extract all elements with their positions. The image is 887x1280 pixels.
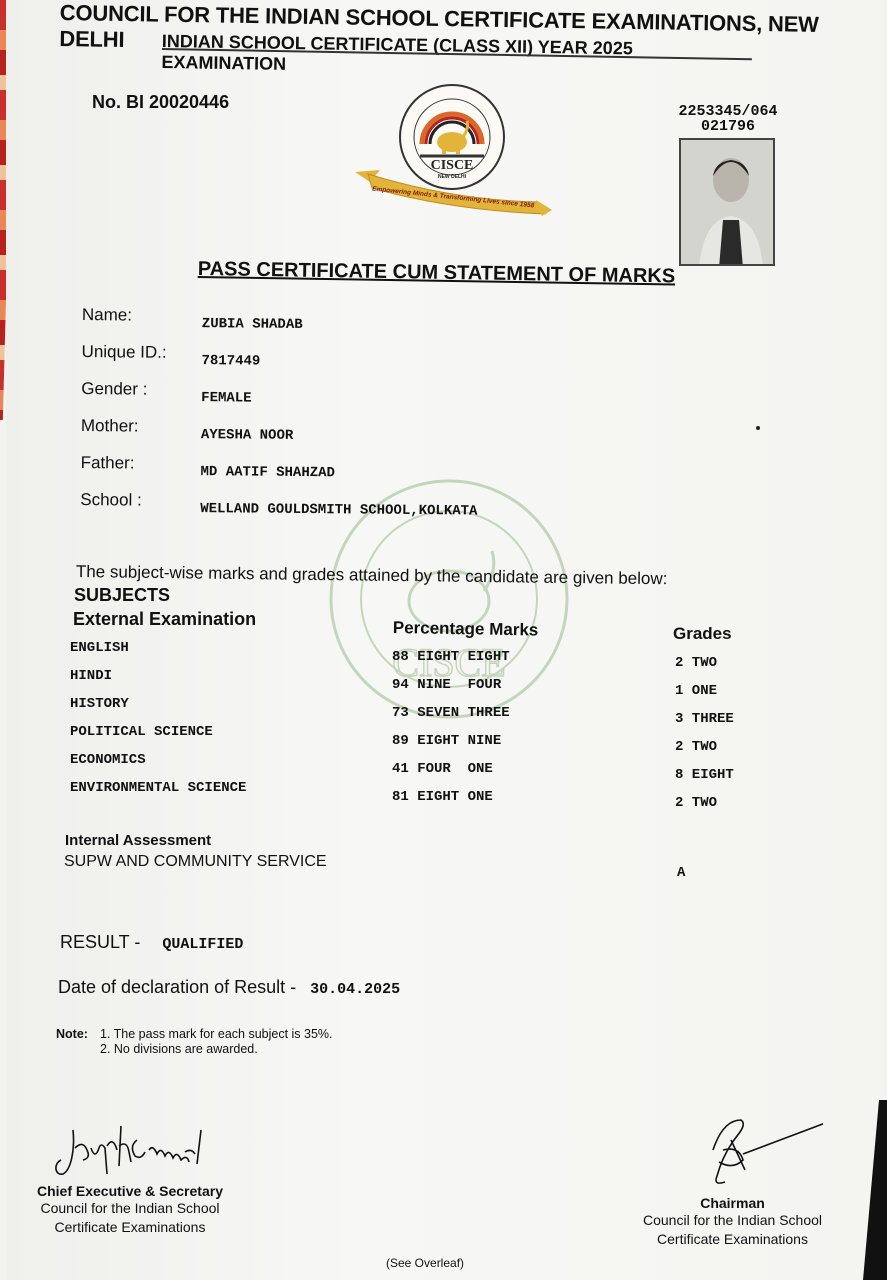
subject-marks: 41 FOUR ONE <box>392 761 510 789</box>
name-label: Name: <box>82 305 132 325</box>
external-exam-heading: External Examination <box>73 609 256 630</box>
unique-id-row: Unique ID.: 7817449 <box>75 342 675 384</box>
chairman-signature-block: Chairman Council for the Indian School C… <box>625 1110 840 1249</box>
mother-row: Mother: AYESHA NOOR <box>75 416 675 458</box>
index-number: 2253345/064 021796 <box>668 104 788 134</box>
subject-grade: 2 TWO <box>675 739 734 767</box>
percentage-marks-heading: Percentage Marks <box>393 618 539 641</box>
subject-name: HINDI <box>70 668 246 696</box>
mother-label: Mother: <box>81 416 139 437</box>
subject-marks: 94 NINE FOUR <box>392 677 510 705</box>
see-overleaf: (See Overleaf) <box>386 1256 464 1270</box>
father-label: Father: <box>81 453 135 473</box>
school-value: WELLAND GOULDSMITH SCHOOL,KOLKATA <box>200 501 477 519</box>
signatory-org: Certificate Examinations <box>20 1218 240 1237</box>
cisce-logo-icon: CISCE NEW DELHI Empowering Minds & Trans… <box>350 82 555 222</box>
subject-grade: 3 THREE <box>675 711 734 739</box>
school-label: School : <box>80 490 142 511</box>
signature-icon <box>643 1110 823 1190</box>
signatory-title: Chairman <box>625 1195 840 1211</box>
subjects-column: ENGLISH HINDI HISTORY POLITICAL SCIENCE … <box>70 640 246 808</box>
subject-marks: 73 SEVEN THREE <box>392 705 510 733</box>
svg-text:NEW DELHI: NEW DELHI <box>438 174 467 180</box>
result-value: QUALIFIED <box>162 936 243 953</box>
grades-column: 2 TWO 1 ONE 3 THREE 2 TWO 8 EIGHT 2 TWO <box>675 655 734 823</box>
subject-name: ENGLISH <box>70 640 246 668</box>
mother-value: AYESHA NOOR <box>201 427 294 444</box>
signatory-org: Certificate Examinations <box>625 1230 840 1249</box>
subject-name: ECONOMICS <box>70 752 246 780</box>
index-number-line2: 021796 <box>668 119 788 134</box>
candidate-name-row: Name: ZUBIA SHADAB <box>76 305 676 347</box>
subject-name: ENVIRONMENTAL SCIENCE <box>70 780 246 808</box>
candidate-details: Name: ZUBIA SHADAB Unique ID.: 7817449 G… <box>74 305 676 532</box>
subjects-heading: SUBJECTS <box>74 585 170 606</box>
note-item: 2. No divisions are awarded. <box>56 1042 333 1056</box>
result-label: RESULT - <box>60 932 140 952</box>
subject-grade: 2 TWO <box>675 655 734 683</box>
signature-icon <box>45 1120 215 1178</box>
note-label: Note: <box>56 1027 100 1041</box>
internal-assessment-heading: Internal Assessment <box>65 832 211 849</box>
name-value: ZUBIA SHADAB <box>202 316 303 333</box>
declaration-line: Date of declaration of Result -30.04.202… <box>58 977 400 998</box>
chief-executive-signature-block: Chief Executive & Secretary Council for … <box>20 1120 240 1237</box>
grades-heading: Grades <box>673 624 732 644</box>
notes: Note:1. The pass mark for each subject i… <box>56 1027 333 1056</box>
unique-id-value: 7817449 <box>201 353 260 370</box>
signatory-org: Council for the Indian School <box>625 1211 840 1230</box>
signatory-org: Council for the Indian School <box>20 1199 240 1218</box>
certificate-number: No. BI 20020446 <box>92 92 229 113</box>
note-item: 1. The pass mark for each subject is 35%… <box>100 1027 333 1041</box>
declaration-label: Date of declaration of Result - <box>58 977 296 997</box>
declaration-date: 30.04.2025 <box>310 981 400 998</box>
svg-text:CISCE: CISCE <box>431 158 474 173</box>
ink-dot <box>756 426 760 430</box>
result-line: RESULT -QUALIFIED <box>60 932 243 953</box>
subject-name: POLITICAL SCIENCE <box>70 724 246 752</box>
candidate-photo <box>679 138 775 266</box>
unique-id-label: Unique ID.: <box>82 342 167 363</box>
subject-grade: 2 TWO <box>675 795 734 823</box>
internal-grade: A <box>677 865 685 881</box>
gender-label: Gender : <box>81 379 147 400</box>
index-number-line1: 2253345/064 <box>668 104 788 119</box>
subject-grade: 1 ONE <box>675 683 734 711</box>
subject-grade: 8 EIGHT <box>675 767 734 795</box>
signatory-title: Chief Executive & Secretary <box>20 1183 240 1199</box>
gender-row: Gender : FEMALE <box>75 379 675 421</box>
marks-column: 88 EIGHT EIGHT 94 NINE FOUR 73 SEVEN THR… <box>392 649 510 817</box>
subject-marks: 88 EIGHT EIGHT <box>392 649 510 677</box>
gender-value: FEMALE <box>201 390 252 406</box>
father-row: Father: MD AATIF SHAHZAD <box>74 453 674 495</box>
subject-marks: 89 EIGHT NINE <box>392 733 510 761</box>
internal-subject: SUPW AND COMMUNITY SERVICE <box>64 853 327 871</box>
father-value: MD AATIF SHAHZAD <box>200 464 335 481</box>
subject-name: HISTORY <box>70 696 246 724</box>
school-row: School : WELLAND GOULDSMITH SCHOOL,KOLKA… <box>74 490 674 532</box>
subject-marks: 81 EIGHT ONE <box>392 789 510 817</box>
